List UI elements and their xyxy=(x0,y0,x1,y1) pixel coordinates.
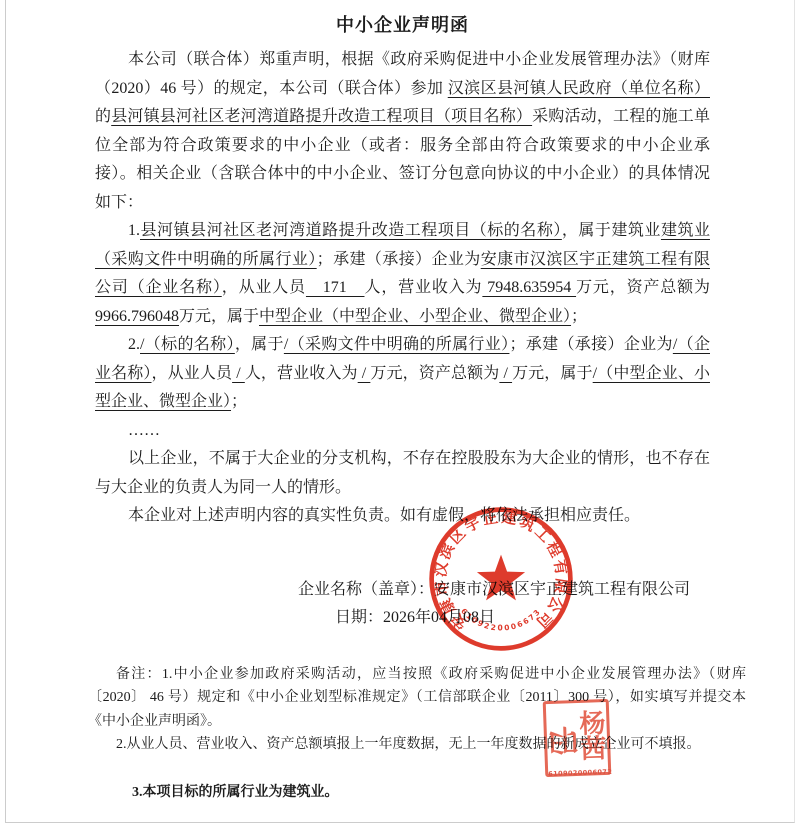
template-text: 本企业对上述声明内容的真实性负责。如有虚假，将依法承担相应责任。 xyxy=(128,507,640,524)
seal-char-qian: 茜 xyxy=(580,737,607,763)
template-text: ；承建（承接）企业为 xyxy=(509,336,672,353)
filled-in-value: 县河镇县河社区老河湾道路提升改造工程项目（项目名称） xyxy=(111,108,532,125)
filled-in-value: 171 xyxy=(306,279,365,296)
declaration-body: 本公司（联合体）郑重声明，根据《政府采购促进中小企业发展管理办法》（财库（202… xyxy=(95,46,710,531)
seal-name-column: 杨 茜 xyxy=(579,712,607,762)
ellipsis-paragraph: …… xyxy=(95,417,710,446)
filled-in-value: /（标的名称） xyxy=(140,336,235,353)
note-item-3: 3.本项目标的所属行业为建筑业。 xyxy=(88,781,746,805)
intro-paragraph: 本公司（联合体）郑重声明，根据《政府采购促进中小企业发展管理办法》（财库（202… xyxy=(95,46,710,217)
filled-in-value: /（采购文件中明确的所属行业） xyxy=(284,336,510,353)
template-text: 万元，资产总额为 xyxy=(576,279,710,296)
note-item-2: 2.从业人员、营业收入、资产总额填报上一年度数据，无上一年度数据的新成立企业可不… xyxy=(88,733,746,757)
responsibility-paragraph: 本企业对上述声明内容的真实性负责。如有虚假，将依法承担相应责任。 xyxy=(95,502,710,531)
template-text: 人，营业收入为 xyxy=(364,279,482,296)
template-text: 以上企业，不属于大企业的分支机构，不存在控股股东为大企业的情形，也不存在与大企业… xyxy=(95,450,710,496)
item-2-paragraph: 2./（标的名称），属于/（采购文件中明确的所属行业）；承建（承接）企业为/（企… xyxy=(95,331,710,417)
template-text: 万元，属于 xyxy=(512,365,593,382)
date-line: 日期：2026年04月08日 xyxy=(95,604,710,633)
template-text: 1. xyxy=(128,222,140,239)
filled-in-value: 县河镇县河社区老河湾道路提升改造工程项目（标的名称） xyxy=(140,222,562,239)
seal-characters: 印 杨 茜 xyxy=(546,702,608,774)
item-1-paragraph: 1.县河镇县河社区老河湾道路提升改造工程项目（标的名称），属于建筑业建筑业（采购… xyxy=(95,217,710,331)
signature-block: 企业名称（盖章）：安康市汉滨区宇正建筑工程有限公司 日期：2026年04月08日 xyxy=(95,576,710,633)
page-title: 中小企业声明函 xyxy=(95,12,710,38)
company-label: 企业名称（盖章）： xyxy=(298,581,434,598)
template-text: 2. xyxy=(128,336,140,353)
declaration-document-page: 中小企业声明函 本公司（联合体）郑重声明，根据《政府采购促进中小企业发展管理办法… xyxy=(0,0,800,829)
filled-in-value: 汉滨区县河镇人民政府（单位名称） xyxy=(448,80,710,97)
template-text: ； xyxy=(231,393,247,410)
company-name: 安康市汉滨区宇正建筑工程有限公司 xyxy=(434,581,690,598)
note-item-1: 备注：1.中小企业参加政府采购活动，应当按照《政府采购促进中小企业发展管理办法》… xyxy=(88,663,746,734)
filled-in-value: / xyxy=(499,365,512,382)
filled-in-value: 9966.796048 xyxy=(95,308,179,325)
date-label: 日期： xyxy=(335,609,383,626)
seal-char-yin: 印 xyxy=(547,723,578,754)
filled-in-value: / xyxy=(358,365,371,382)
filled-in-value: 7948.635954 xyxy=(482,279,576,296)
no-affiliation-paragraph: 以上企业，不属于大企业的分支机构，不存在控股股东为大企业的情形，也不存在与大企业… xyxy=(95,445,710,502)
template-text: 万元，属于 xyxy=(179,308,259,325)
template-text: 的 xyxy=(95,108,111,125)
notes-block: 备注：1.中小企业参加政府采购活动，应当按照《政府采购促进中小企业发展管理办法》… xyxy=(88,663,746,805)
template-text: ； xyxy=(571,308,587,325)
template-text: ；承建（承接）企业为 xyxy=(317,251,481,268)
template-text: 万元，资产总额为 xyxy=(370,365,499,382)
filled-in-value: / xyxy=(232,365,245,382)
template-text: ，属于建筑业 xyxy=(562,222,661,239)
template-text: ，从业人员 xyxy=(222,279,306,296)
filled-in-value: 中型企业（中型企业、小型企业、微型企业） xyxy=(259,308,571,325)
personal-name-seal: 印 杨 茜 6109020006072 xyxy=(543,699,612,777)
template-text: ，从业人员 xyxy=(152,365,233,382)
company-signature-line: 企业名称（盖章）：安康市汉滨区宇正建筑工程有限公司 xyxy=(95,576,710,605)
document-content: 中小企业声明函 本公司（联合体）郑重声明，根据《政府采购促进中小企业发展管理办法… xyxy=(95,0,710,804)
template-text: …… xyxy=(128,422,160,439)
template-text: ，属于 xyxy=(235,336,284,353)
date-value: 2026年04月08日 xyxy=(383,609,495,626)
template-text: 人，营业收入为 xyxy=(245,365,358,382)
